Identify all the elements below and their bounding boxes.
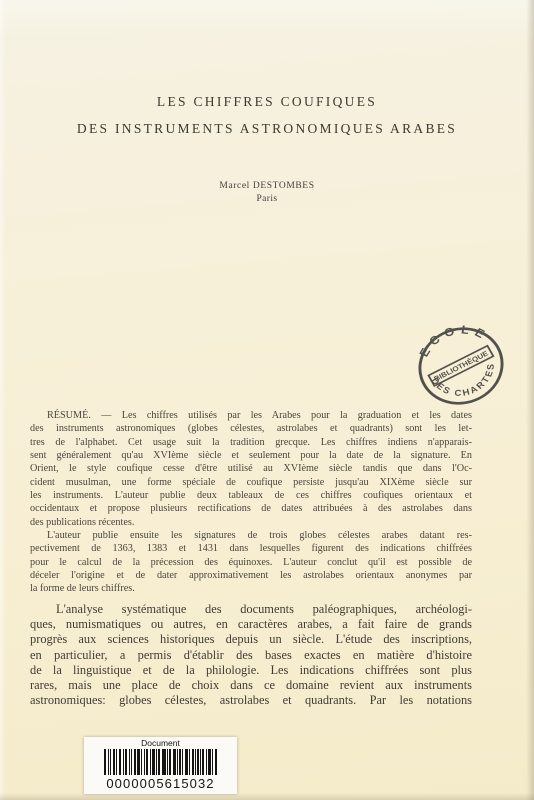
resume-line: des publications récentes. xyxy=(30,516,472,529)
resume-line: sent généralement qu'au XVIème siècle et… xyxy=(30,449,472,462)
resume-line: cident musulman, une forme spéciale de c… xyxy=(30,476,472,489)
resume-line: la forme de leurs chiffres. xyxy=(30,582,472,595)
body-paragraph: L'analyse systématique des documents pal… xyxy=(30,602,472,708)
resume-line: L'auteur publie ensuite les signatures d… xyxy=(30,529,472,542)
resume-line: les instruments. L'auteur publie deux ta… xyxy=(30,489,472,502)
author-block: Marcel DESTOMBES Paris xyxy=(0,181,534,204)
resume-line: des instruments astronomiques (globes cé… xyxy=(30,422,472,435)
resume-line: occidentaux et propose plusieurs rectifi… xyxy=(30,502,472,515)
library-stamp: ECOLE DES CHARTES BIBLIOTHÈQUE xyxy=(405,314,516,418)
author-city: Paris xyxy=(0,194,534,204)
resume-line: pour le calcul de la précession des équi… xyxy=(30,556,472,569)
barcode-title: Document xyxy=(141,739,180,748)
resume-line: Orient, le style coufique cesse d'être u… xyxy=(30,462,472,475)
barcode-bars xyxy=(104,749,217,775)
body-line: rares, mais une place de choix dans ce d… xyxy=(30,678,472,693)
resume-line: RÉSUMÉ. — Les chiffres utilisés par les … xyxy=(30,409,472,422)
resume-line: déceler l'origine et de dater approximat… xyxy=(30,569,472,582)
title-line-1: LES CHIFFRES COUFIQUES xyxy=(0,94,534,110)
resume-paragraphs: RÉSUMÉ. — Les chiffres utilisés par les … xyxy=(30,409,472,596)
resume-line: pectivement de 1363, 1383 et 1431 dans l… xyxy=(30,542,472,555)
barcode-number: 0000005615032 xyxy=(106,776,214,791)
body-line: ques, numismatiques ou autres, en caract… xyxy=(30,617,472,632)
body-line: astronomiques: globes célestes, astrolab… xyxy=(30,693,472,708)
author-name: Marcel DESTOMBES xyxy=(0,181,534,191)
page-title: LES CHIFFRES COUFIQUES DES INSTRUMENTS A… xyxy=(0,94,534,148)
library-stamp-icon: ECOLE DES CHARTES BIBLIOTHÈQUE xyxy=(405,314,516,418)
body-line: progrès aux sciences historiques depuis … xyxy=(30,632,472,647)
title-line-2: DES INSTRUMENTS ASTRONOMIQUES ARABES xyxy=(0,121,534,137)
resume-line: tres de l'alphabet. Cet usage suit la tr… xyxy=(30,436,472,449)
body-line: L'analyse systématique des documents pal… xyxy=(30,602,472,617)
barcode-sticker: Document 0000005615032 xyxy=(84,737,237,794)
body-line: en particulier, a permis d'établir des b… xyxy=(30,648,472,663)
body-line: de la linguistique et de la philologie. … xyxy=(30,663,472,678)
scanned-document-page: LES CHIFFRES COUFIQUES DES INSTRUMENTS A… xyxy=(0,0,534,800)
